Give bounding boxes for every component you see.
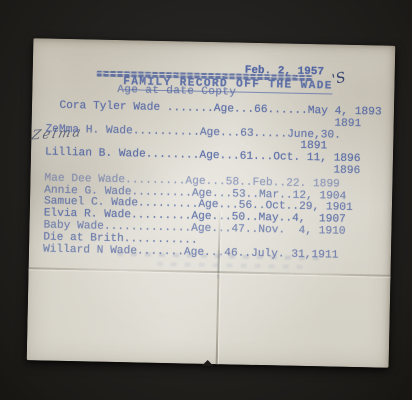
family-record-list: Cora Tyler Wade .......Age...66......May… (43, 101, 386, 263)
horizontal-fold-crease (29, 267, 391, 277)
document-subtitle: Age at date Copty (117, 84, 236, 98)
photo-background: FAMILY RECORD OFF THE WADE'S Feb. 2, 195… (0, 0, 412, 400)
ink-bleed-through (157, 262, 307, 269)
document-paper: FAMILY RECORD OFF THE WADE'S Feb. 2, 195… (27, 38, 396, 368)
handwritten-title-suffix: 'S (331, 70, 348, 89)
paper-bottom-notch (202, 360, 214, 366)
document-date: Feb. 2, 1957 (245, 65, 324, 79)
